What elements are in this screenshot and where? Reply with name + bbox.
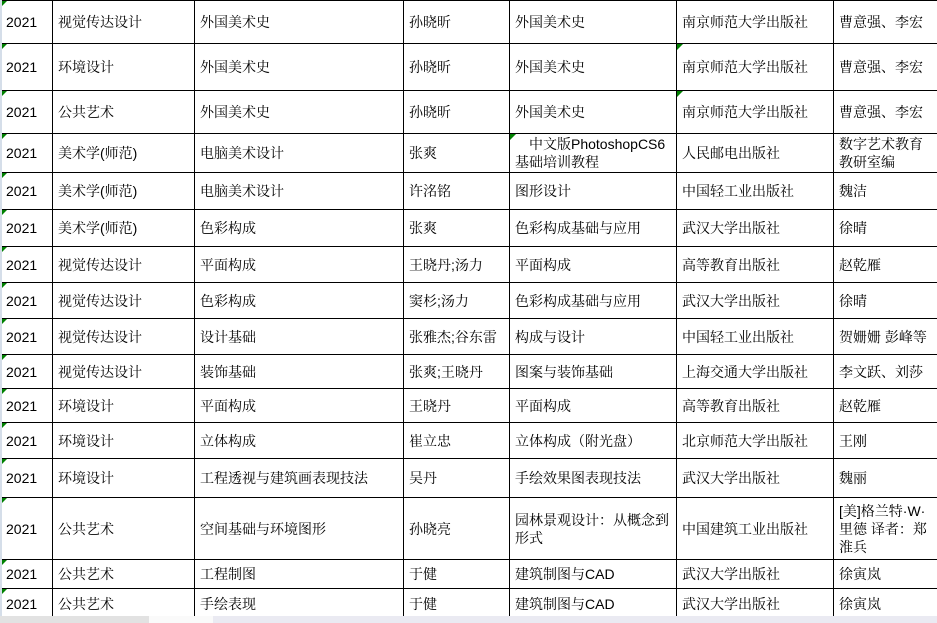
cell-text: 孙晓昕 [409,14,451,30]
cell-text: 曹意强、李宏 [839,104,923,120]
cell-text: 南京师范大学出版社 [682,59,808,75]
cell-text: 南京师范大学出版社 [682,14,808,30]
cell-text: 色彩构成 [200,293,256,309]
cell-textbook[interactable]: 构成与设计 [510,319,677,355]
cell-textbook[interactable]: 中文版PhotoshopCS6基础培训教程 [510,134,677,173]
cell-text: 南京师范大学出版社 [682,104,808,120]
cell-text: 王刚 [839,433,867,449]
cell-text: 中国建筑工业出版社 [682,521,808,537]
cell-text: 张爽 [409,220,437,236]
cell-publisher[interactable]: 武汉大学出版社 [677,589,834,619]
cell-text: 张爽;王晓丹 [409,364,483,380]
cell-text: 2021 [6,59,37,75]
cell-course[interactable]: 工程透视与建筑画表现技法 [195,459,404,498]
cell-course[interactable]: 手绘表现 [195,589,404,619]
cell-text: 中文版PhotoshopCS6基础培训教程 [515,136,665,170]
error-indicator-triangle-icon [677,44,683,50]
cell-textbook[interactable]: 园林景观设计：从概念到形式 [510,498,677,560]
horizontal-scrollbar-thumb[interactable] [0,616,149,623]
cell-text: 2021 [6,521,37,537]
cell-publisher[interactable]: 南京师范大学出版社 [677,1,834,44]
cell-course[interactable]: 外国美术史 [195,1,404,44]
cell-publisher[interactable]: 北京师范大学出版社 [677,423,834,459]
cell-text: 公共艺术 [58,566,114,582]
cell-publisher[interactable]: 武汉大学出版社 [677,210,834,247]
cell-year[interactable]: 2021 [1,44,53,91]
cell-text: 2021 [6,293,37,309]
cell-text: 2021 [6,566,37,582]
cell-year[interactable]: 2021 [1,423,53,459]
table-row: 2021美术学(师范)电脑美术设计许洺铭图形设计中国轻工业出版社魏洁 [1,173,937,210]
table-row: 2021美术学(师范)色彩构成张爽色彩构成基础与应用武汉大学出版社徐晴 [1,210,937,247]
cell-text: 孙晓昕 [409,59,451,75]
cell-publisher[interactable]: 中国建筑工业出版社 [677,498,834,560]
cell-text: 平面构成 [200,398,256,414]
cell-authors[interactable]: 王刚 [834,423,937,459]
cell-text: 2021 [6,220,37,236]
cell-course[interactable]: 平面构成 [195,247,404,283]
cell-text: 武汉大学出版社 [682,220,780,236]
cell-text: 外国美术史 [200,14,270,30]
cell-text: 视觉传达设计 [58,14,142,30]
cell-textbook[interactable]: 建筑制图与CAD [510,589,677,619]
cell-text: 色彩构成 [200,220,256,236]
cell-course[interactable]: 装饰基础 [195,355,404,389]
cell-textbook[interactable]: 外国美术史 [510,1,677,44]
cell-instructor[interactable]: 孙晓亮 [404,498,510,560]
cell-text: 王晓丹 [409,398,451,414]
cell-text: 魏洁 [839,183,867,199]
cell-authors[interactable]: 魏洁 [834,173,937,210]
cell-text: 空间基础与环境图形 [200,521,326,537]
cell-year[interactable]: 2021 [1,589,53,619]
cell-text: 2021 [6,183,37,199]
cell-text: 美术学(师范) [58,145,137,161]
table-row: 2021公共艺术手绘表现于健建筑制图与CAD武汉大学出版社徐寅岚 [1,589,937,619]
cell-major[interactable]: 视觉传达设计 [53,355,195,389]
cell-text: 武汉大学出版社 [682,293,780,309]
cell-text: 图形设计 [515,183,571,199]
cell-course[interactable]: 工程制图 [195,560,404,589]
cell-text: 手绘效果图表现技法 [515,470,641,486]
cell-textbook[interactable]: 建筑制图与CAD [510,560,677,589]
cell-major[interactable]: 视觉传达设计 [53,247,195,283]
cell-major[interactable]: 环境设计 [53,423,195,459]
cell-instructor[interactable]: 张雅杰;谷东雷 [404,319,510,355]
cell-text: 窦杉;汤力 [409,293,469,309]
cell-instructor[interactable]: 窦杉;汤力 [404,283,510,319]
cell-major[interactable]: 视觉传达设计 [53,319,195,355]
cell-text: 高等教育出版社 [682,257,780,273]
table-row: 2021环境设计外国美术史孙晓昕外国美术史南京师范大学出版社曹意强、李宏 [1,44,937,91]
cell-instructor[interactable]: 孙晓昕 [404,44,510,91]
cell-instructor[interactable]: 崔立忠 [404,423,510,459]
cell-authors[interactable]: 曹意强、李宏 [834,1,937,44]
cell-text: 建筑制图与CAD [515,566,615,582]
cell-course[interactable]: 立体构成 [195,423,404,459]
cell-major[interactable]: 美术学(师范) [53,134,195,173]
cell-authors[interactable]: 数字艺术教育教研室编 [834,134,937,173]
cell-text: 美术学(师范) [58,220,137,236]
cell-text: 徐寅岚 [839,566,881,582]
cell-text: 视觉传达设计 [58,257,142,273]
table-row: 2021环境设计工程透视与建筑画表现技法吴丹手绘效果图表现技法武汉大学出版社魏丽 [1,459,937,498]
cell-course[interactable]: 外国美术史 [195,44,404,91]
error-indicator-triangle-icon [677,91,683,97]
cell-textbook[interactable]: 图案与装饰基础 [510,355,677,389]
cell-text: 徐晴 [839,293,867,309]
cell-authors[interactable]: 徐寅岚 [834,560,937,589]
cell-major[interactable]: 环境设计 [53,459,195,498]
cell-text: 园林景观设计：从概念到形式 [515,512,669,546]
cell-major[interactable]: 公共艺术 [53,560,195,589]
cell-authors[interactable]: [美]格兰特·W·里德 译者：郑淮兵 [834,498,937,560]
cell-text: 人民邮电出版社 [682,145,780,161]
cell-text: 外国美术史 [200,104,270,120]
sheet-left-edge [0,0,2,616]
cell-year[interactable]: 2021 [1,319,53,355]
cell-course[interactable]: 色彩构成 [195,210,404,247]
cell-text: 外国美术史 [515,59,585,75]
cell-text: 崔立忠 [409,433,451,449]
cell-textbook[interactable]: 外国美术史 [510,91,677,134]
cell-text: 2021 [6,398,37,414]
cell-text: 赵乾雁 [839,257,881,273]
cell-authors[interactable]: 曹意强、李宏 [834,44,937,91]
cell-authors[interactable]: 徐晴 [834,283,937,319]
cell-text: 色彩构成基础与应用 [515,293,641,309]
cell-year[interactable]: 2021 [1,560,53,589]
cell-text: 曹意强、李宏 [839,14,923,30]
cell-text: 2021 [6,364,37,380]
cell-publisher[interactable]: 人民邮电出版社 [677,134,834,173]
cell-publisher[interactable]: 中国轻工业出版社 [677,173,834,210]
cell-text: 公共艺术 [58,521,114,537]
cell-text: 外国美术史 [515,104,585,120]
cell-text: [美]格兰特·W·里德 译者：郑淮兵 [839,503,927,555]
table-body: 2021视觉传达设计外国美术史孙晓昕外国美术史南京师范大学出版社曹意强、李宏20… [1,1,937,619]
cell-text: 2021 [6,433,37,449]
cell-text: 孙晓昕 [409,104,451,120]
cell-publisher[interactable]: 高等教育出版社 [677,247,834,283]
cell-instructor[interactable]: 张爽 [404,210,510,247]
cell-text: 平面构成 [515,257,571,273]
cell-text: 公共艺术 [58,104,114,120]
cell-authors[interactable]: 徐寅岚 [834,589,937,619]
cell-authors[interactable]: 赵乾雁 [834,389,937,423]
table-row: 2021视觉传达设计设计基础张雅杰;谷东雷构成与设计中国轻工业出版社贺姗姗 彭峰… [1,319,937,355]
cell-text: 工程透视与建筑画表现技法 [200,470,368,486]
cell-year[interactable]: 2021 [1,134,53,173]
cell-text: 公共艺术 [58,596,114,612]
cell-year[interactable]: 2021 [1,498,53,560]
cell-text: 环境设计 [58,59,114,75]
cell-year[interactable]: 2021 [1,247,53,283]
cell-instructor[interactable]: 孙晓昕 [404,1,510,44]
cell-text: 高等教育出版社 [682,398,780,414]
cell-text: 视觉传达设计 [58,329,142,345]
cell-text: 魏丽 [839,470,867,486]
horizontal-scrollbar[interactable] [0,616,937,623]
cell-text: 立体构成 [200,433,256,449]
cell-publisher[interactable]: 高等教育出版社 [677,389,834,423]
cell-year[interactable]: 2021 [1,210,53,247]
cell-course[interactable]: 电脑美术设计 [195,173,404,210]
cell-textbook[interactable]: 手绘效果图表现技法 [510,459,677,498]
cell-textbook[interactable]: 外国美术史 [510,44,677,91]
cell-text: 中国轻工业出版社 [682,329,794,345]
error-indicator-triangle-icon [510,134,516,140]
cell-text: 许洺铭 [409,183,451,199]
cell-major[interactable]: 公共艺术 [53,498,195,560]
cell-text: 孙晓亮 [409,521,451,537]
cell-instructor[interactable]: 张爽 [404,134,510,173]
cell-major[interactable]: 环境设计 [53,389,195,423]
cell-publisher[interactable]: 南京师范大学出版社 [677,44,834,91]
cell-text: 曹意强、李宏 [839,59,923,75]
table-row: 2021公共艺术空间基础与环境图形孙晓亮园林景观设计：从概念到形式中国建筑工业出… [1,498,937,560]
cell-text: 电脑美术设计 [200,145,284,161]
cell-text: 2021 [6,14,37,30]
cell-text: 外国美术史 [515,14,585,30]
cell-text: 建筑制图与CAD [515,596,615,612]
cell-text: 美术学(师范) [58,183,137,199]
cell-text: 2021 [6,596,37,612]
cell-year[interactable]: 2021 [1,389,53,423]
cell-text: 数字艺术教育教研室编 [839,136,923,170]
cell-text: 2021 [6,104,37,120]
table-row: 2021视觉传达设计装饰基础张爽;王晓丹图案与装饰基础上海交通大学出版社李文跃、… [1,355,937,389]
cell-course[interactable]: 外国美术史 [195,91,404,134]
cell-year[interactable]: 2021 [1,283,53,319]
cell-publisher[interactable]: 武汉大学出版社 [677,560,834,589]
cell-text: 构成与设计 [515,329,585,345]
cell-publisher[interactable]: 武汉大学出版社 [677,283,834,319]
cell-text: 于健 [409,566,437,582]
cell-instructor[interactable]: 张爽;王晓丹 [404,355,510,389]
cell-instructor[interactable]: 孙晓昕 [404,91,510,134]
cell-text: 李文跃、刘莎 [839,364,923,380]
cell-instructor[interactable]: 王晓丹;汤力 [404,247,510,283]
cell-authors[interactable]: 赵乾雁 [834,247,937,283]
cell-major[interactable]: 环境设计 [53,44,195,91]
cell-instructor[interactable]: 许洺铭 [404,173,510,210]
cell-text: 于健 [409,596,437,612]
cell-publisher[interactable]: 南京师范大学出版社 [677,91,834,134]
table-row: 2021视觉传达设计色彩构成窦杉;汤力色彩构成基础与应用武汉大学出版社徐晴 [1,283,937,319]
cell-year[interactable]: 2021 [1,1,53,44]
cell-text: 外国美术史 [200,59,270,75]
cell-major[interactable]: 公共艺术 [53,589,195,619]
cell-authors[interactable]: 贺姗姗 彭峰等 [834,319,937,355]
cell-publisher[interactable]: 上海交通大学出版社 [677,355,834,389]
cell-text: 武汉大学出版社 [682,596,780,612]
cell-text: 平面构成 [200,257,256,273]
cell-text: 赵乾雁 [839,398,881,414]
cell-text: 2021 [6,470,37,486]
cell-instructor[interactable]: 于健 [404,560,510,589]
cell-authors[interactable]: 魏丽 [834,459,937,498]
cell-textbook[interactable]: 图形设计 [510,173,677,210]
cell-text: 视觉传达设计 [58,293,142,309]
cell-instructor[interactable]: 吴丹 [404,459,510,498]
table-row: 2021视觉传达设计外国美术史孙晓昕外国美术史南京师范大学出版社曹意强、李宏 [1,1,937,44]
cell-authors[interactable]: 徐晴 [834,210,937,247]
cell-text: 2021 [6,329,37,345]
cell-major[interactable]: 公共艺术 [53,91,195,134]
cell-text: 武汉大学出版社 [682,470,780,486]
cell-year[interactable]: 2021 [1,355,53,389]
table-row: 2021视觉传达设计平面构成王晓丹;汤力平面构成高等教育出版社赵乾雁 [1,247,937,283]
cell-text: 装饰基础 [200,364,256,380]
cell-text: 视觉传达设计 [58,364,142,380]
table-row: 2021环境设计平面构成王晓丹平面构成高等教育出版社赵乾雁 [1,389,937,423]
cell-text: 2021 [6,257,37,273]
cell-textbook[interactable]: 色彩构成基础与应用 [510,210,677,247]
cell-text: 武汉大学出版社 [682,566,780,582]
textbook-table: 2021视觉传达设计外国美术史孙晓昕外国美术史南京师范大学出版社曹意强、李宏20… [0,0,937,619]
cell-textbook[interactable]: 色彩构成基础与应用 [510,283,677,319]
cell-text: 张雅杰;谷东雷 [409,329,497,345]
cell-text: 环境设计 [58,398,114,414]
cell-course[interactable]: 色彩构成 [195,283,404,319]
cell-year[interactable]: 2021 [1,459,53,498]
cell-text: 吴丹 [409,470,437,486]
cell-text: 贺姗姗 彭峰等 [839,329,927,345]
cell-text: 手绘表现 [200,596,256,612]
cell-year[interactable]: 2021 [1,173,53,210]
cell-text: 中国轻工业出版社 [682,183,794,199]
cell-text: 王晓丹;汤力 [409,257,483,273]
cell-publisher[interactable]: 武汉大学出版社 [677,459,834,498]
cell-authors[interactable]: 曹意强、李宏 [834,91,937,134]
cell-course[interactable]: 平面构成 [195,389,404,423]
cell-textbook[interactable]: 平面构成 [510,389,677,423]
table-row: 2021公共艺术外国美术史孙晓昕外国美术史南京师范大学出版社曹意强、李宏 [1,91,937,134]
cell-instructor[interactable]: 于健 [404,589,510,619]
cell-instructor[interactable]: 王晓丹 [404,389,510,423]
cell-text: 徐晴 [839,220,867,236]
cell-course[interactable]: 设计基础 [195,319,404,355]
cell-text: 上海交通大学出版社 [682,364,808,380]
cell-text: 北京师范大学出版社 [682,433,808,449]
cell-text: 环境设计 [58,433,114,449]
cell-major[interactable]: 视觉传达设计 [53,283,195,319]
cell-year[interactable]: 2021 [1,91,53,134]
spreadsheet-view: 2021视觉传达设计外国美术史孙晓昕外国美术史南京师范大学出版社曹意强、李宏20… [0,0,937,623]
cell-text: 张爽 [409,145,437,161]
cell-major[interactable]: 美术学(师范) [53,210,195,247]
cell-text: 工程制图 [200,566,256,582]
cell-course[interactable]: 空间基础与环境图形 [195,498,404,560]
cell-text: 立体构成（附光盘） [515,433,641,449]
cell-major[interactable]: 视觉传达设计 [53,1,195,44]
cell-text: 徐寅岚 [839,596,881,612]
cell-text: 电脑美术设计 [200,183,284,199]
cell-text: 2021 [6,145,37,161]
cell-textbook[interactable]: 平面构成 [510,247,677,283]
cell-text: 平面构成 [515,398,571,414]
cell-text: 设计基础 [200,329,256,345]
cell-publisher[interactable]: 中国轻工业出版社 [677,319,834,355]
cell-text: 图案与装饰基础 [515,364,613,380]
table-row: 2021环境设计立体构成崔立忠立体构成（附光盘）北京师范大学出版社王刚 [1,423,937,459]
cell-text: 环境设计 [58,470,114,486]
table-row: 2021公共艺术工程制图于健建筑制图与CAD武汉大学出版社徐寅岚 [1,560,937,589]
cell-textbook[interactable]: 立体构成（附光盘） [510,423,677,459]
cell-major[interactable]: 美术学(师范) [53,173,195,210]
table-row: 2021美术学(师范)电脑美术设计张爽 中文版PhotoshopCS6基础培训教… [1,134,937,173]
cell-authors[interactable]: 李文跃、刘莎 [834,355,937,389]
cell-text: 色彩构成基础与应用 [515,220,641,236]
cell-course[interactable]: 电脑美术设计 [195,134,404,173]
horizontal-scrollbar-gap [149,616,213,623]
